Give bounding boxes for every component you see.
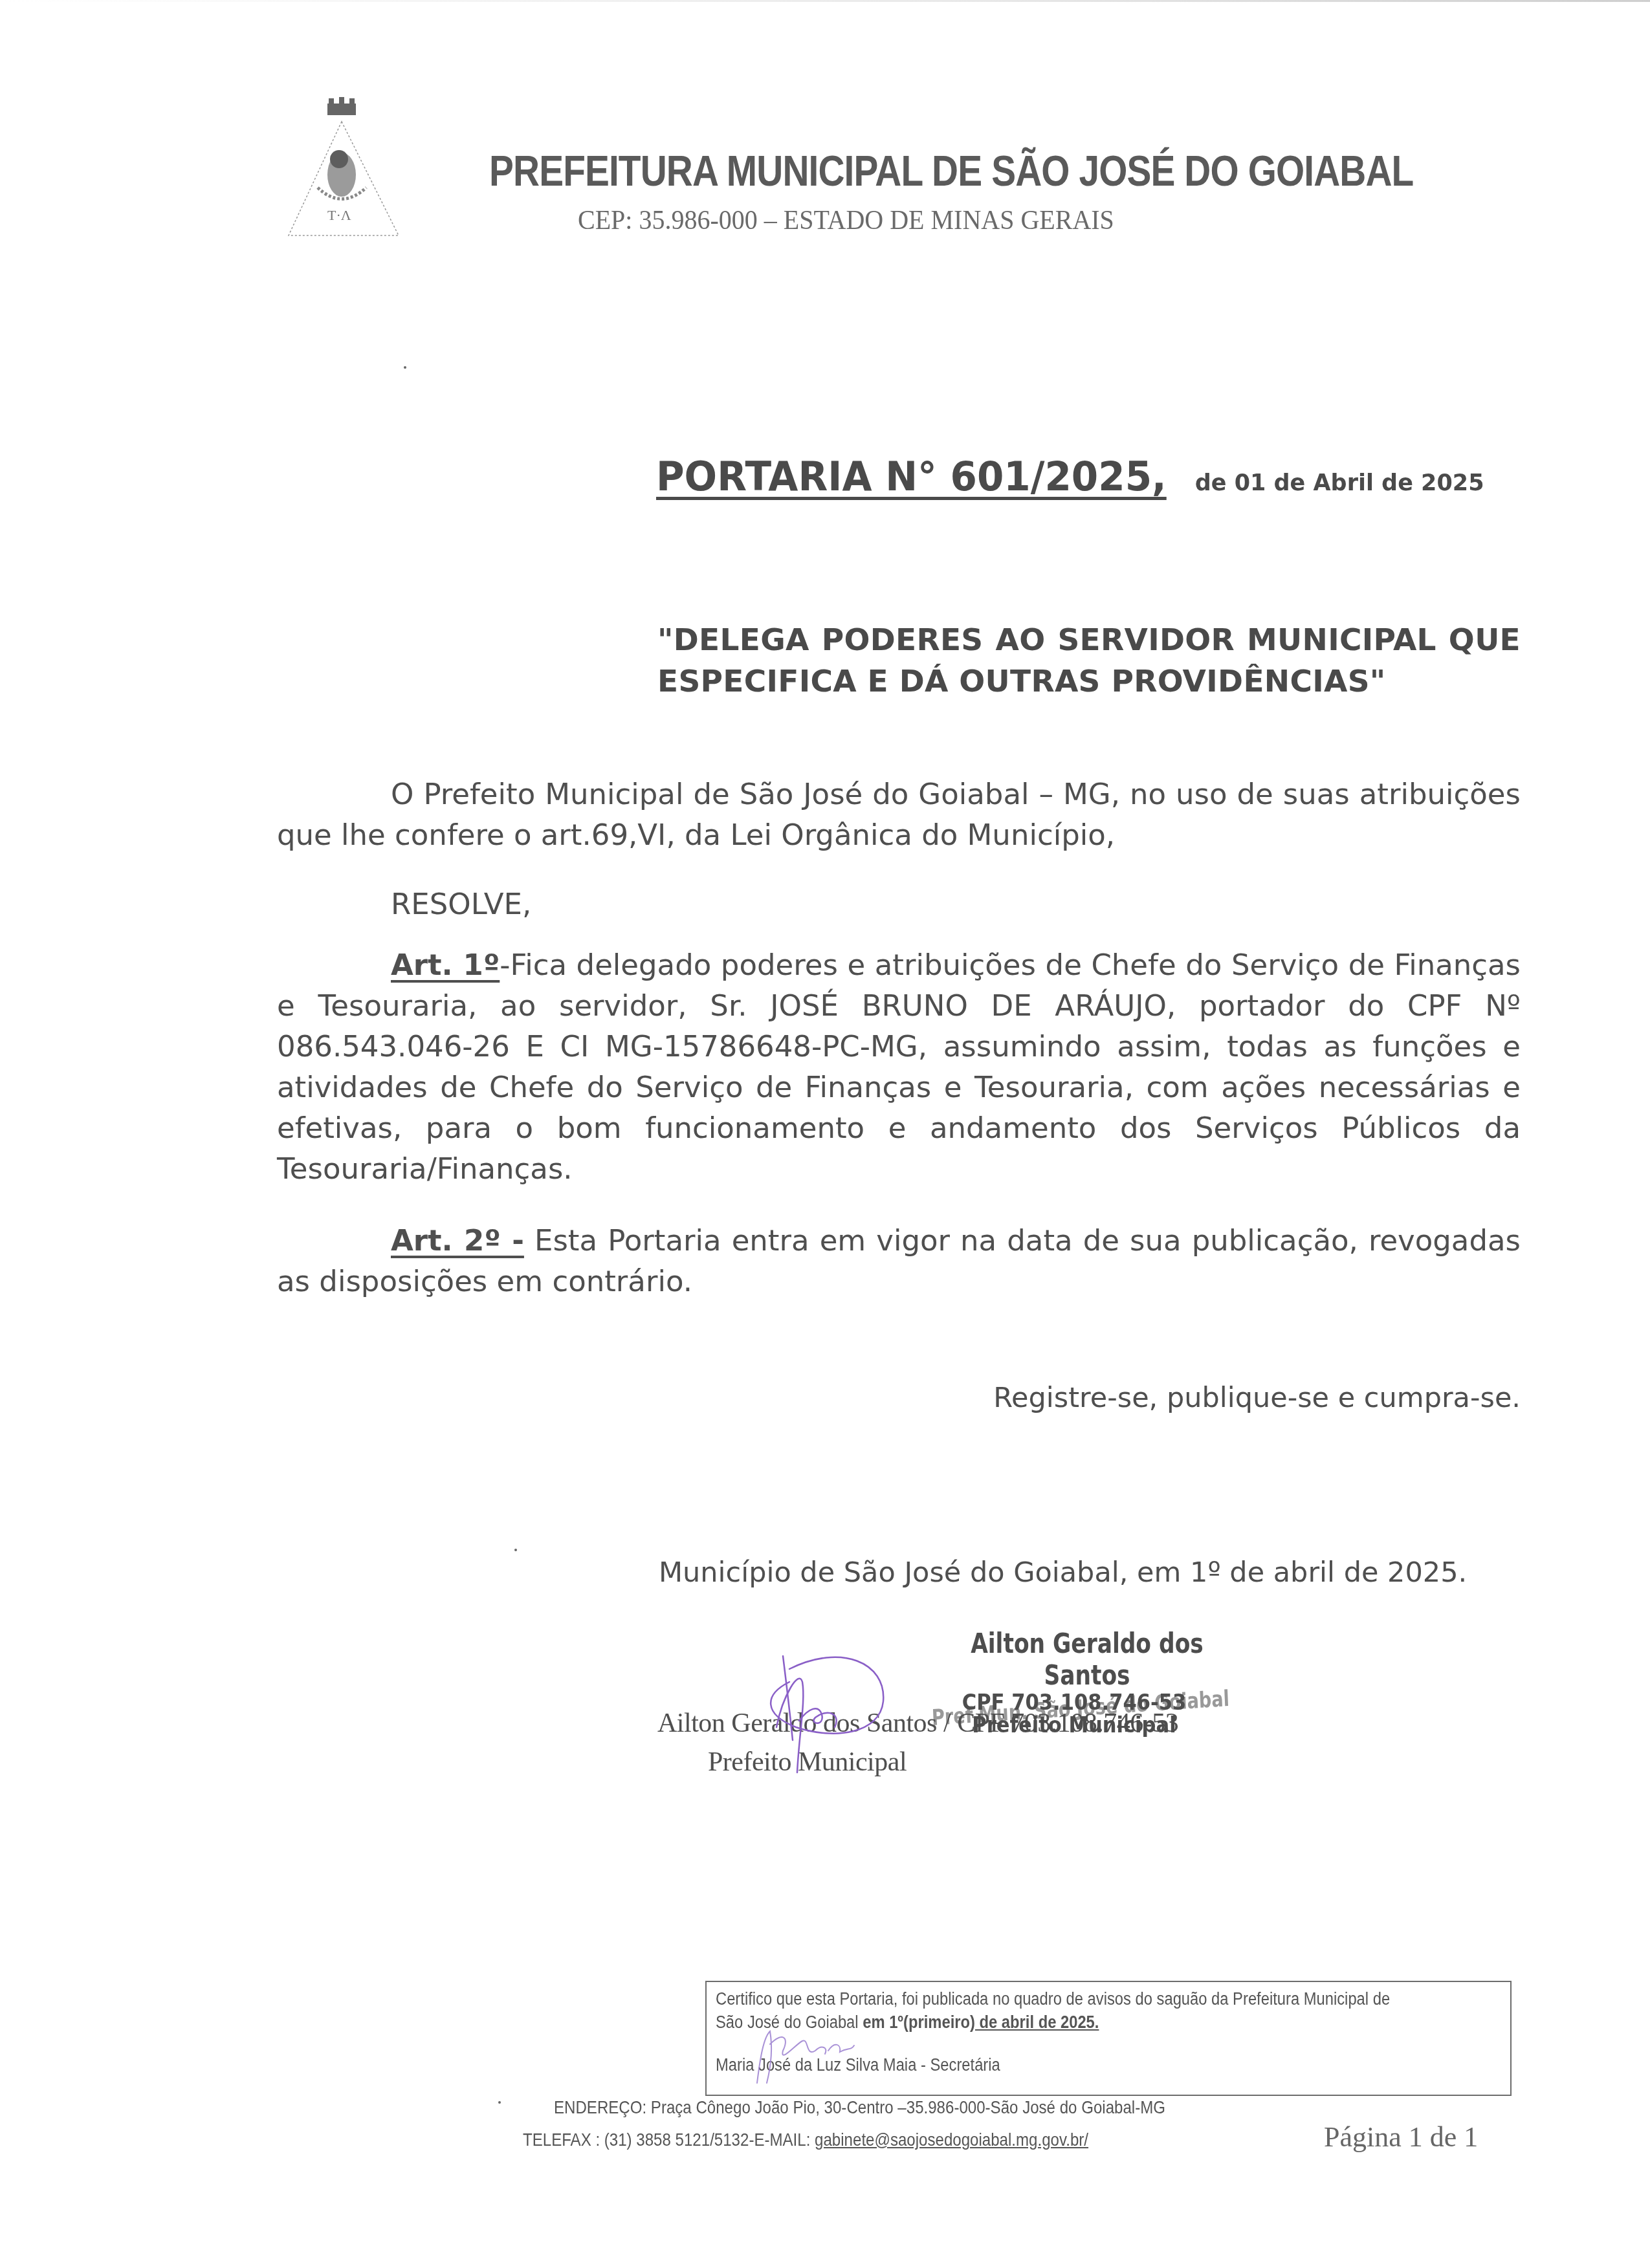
certificate-date: de abril de 2025. (975, 2012, 1099, 2032)
intro-paragraph: O Prefeito Municipal de São José do Goia… (277, 774, 1521, 855)
article-1: Art. 1º-Fica delegado poderes e atribuiç… (277, 944, 1521, 1189)
ementa: "DELEGA PODERES AO SERVIDOR MUNICIPAL QU… (657, 620, 1521, 703)
municipal-coat-of-arms-icon: T·Λ (282, 97, 405, 246)
footer-address: ENDEREÇO: Praça Cônego João Pio, 30-Cent… (554, 2097, 1165, 2118)
document-title: PORTARIA N° 601/2025, de 01 de Abril de … (656, 453, 1484, 500)
handwritten-signature-icon (738, 1643, 932, 1792)
signature-stamp: Ailton Geraldo dos Santos CPF 703.108.74… (906, 1628, 1242, 1736)
scan-speck (404, 366, 406, 369)
portaria-date: de 01 de Abril de 2025 (1195, 470, 1484, 496)
organization-subtitle: CEP: 35.986-000 – ESTADO DE MINAS GERAIS (578, 204, 1114, 236)
article-1-text: -Fica delegado poderes e atribuições de … (277, 948, 1521, 1186)
resolve-heading: RESOLVE, (277, 884, 1521, 924)
stamp-name: Ailton Geraldo dos Santos (960, 1628, 1215, 1691)
scan-speck (498, 2101, 501, 2104)
footer-contact: TELEFAX : (31) 3858 5121/5132-E-MAIL: ga… (523, 2130, 1088, 2150)
footer-telefax: TELEFAX : (31) 3858 5121/5132-E-MAIL: (523, 2130, 815, 2150)
certificate-line-1: Certifico que esta Portaria, foi publica… (716, 1987, 1409, 2011)
portaria-number: PORTARIA N° 601/2025, (656, 453, 1167, 500)
page-number: Página 1 de 1 (1324, 2121, 1478, 2154)
organization-name: PREFEITURA MUNICIPAL DE SÃO JOSÉ DO GOIA… (489, 146, 1413, 195)
article-1-label: Art. 1º (391, 948, 500, 982)
secretary-signature-icon (744, 2018, 964, 2089)
svg-text:T·Λ: T·Λ (327, 207, 351, 223)
stamp-cpf: CPF 703.108.746-53 (923, 1691, 1226, 1714)
stamp-role: Prefeito Municipal (923, 1714, 1226, 1736)
place-and-date: Município de São José do Goiabal, em 1º … (659, 1556, 1467, 1589)
closing-formula: Registre-se, publique-se e cumpra-se. (993, 1382, 1521, 1414)
scan-edge (0, 0, 1650, 2)
footer-email-link[interactable]: gabinete@saojosedogoiabal.mg.gov.br/ (815, 2130, 1088, 2150)
scan-speck (514, 1549, 517, 1551)
article-2: Art. 2º - Esta Portaria entra em vigor n… (277, 1220, 1521, 1302)
article-2-label: Art. 2º - (391, 1223, 524, 1258)
